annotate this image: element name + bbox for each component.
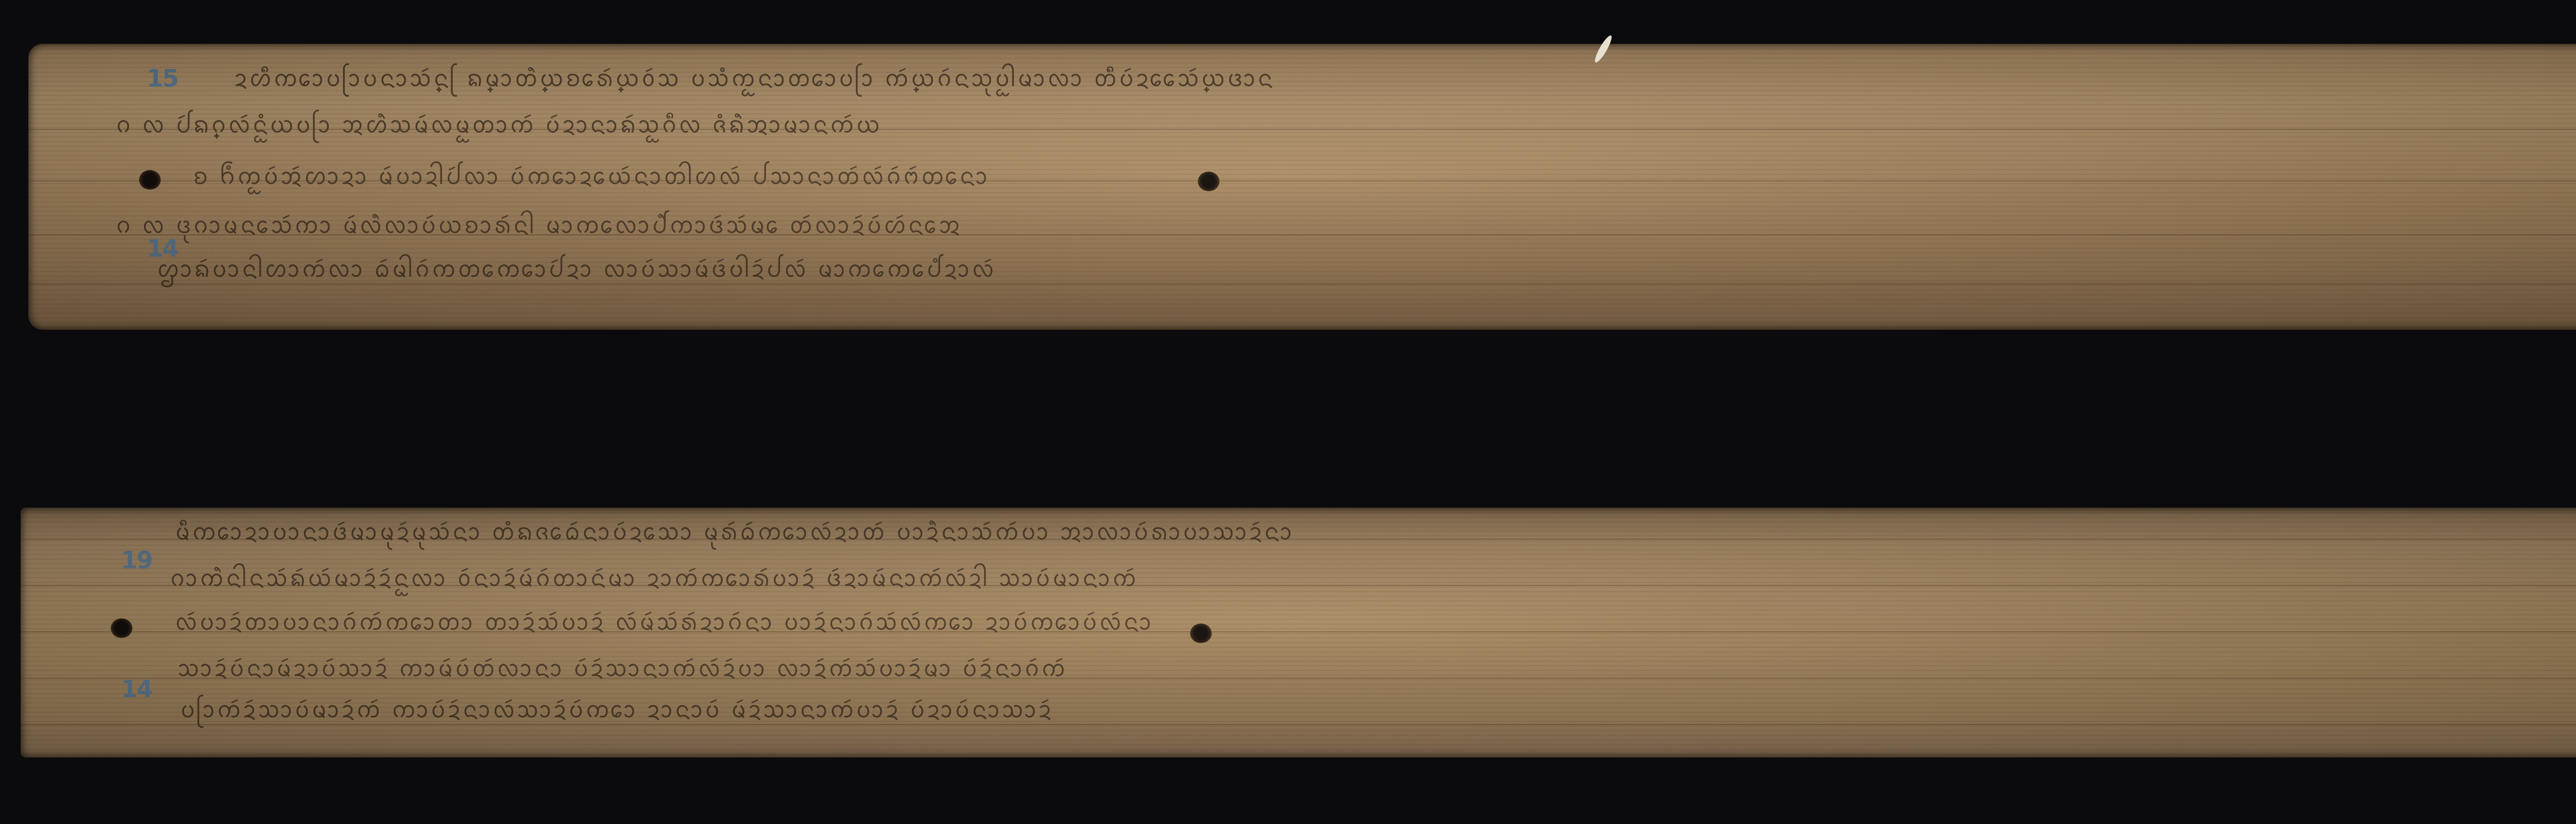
string-hole-left [139,170,161,190]
manuscript-text-line: ᨯᩉᩥᨠᩮᩣᨷᩕᩣᨷᨶᩣᩈᩢ᩠ᨶᩕ ᨦ᩠ᨾᩣᨲᩫ᩠ᨿᨧᩮᩁᩢ᩠ᨿᩅᩢᩈ ᨷᩈᩴᨠ… [234,62,2576,98]
manuscript-text-line: ᨾᩥᨠᩮᩣᨯᩣᨷᩣᨶᩣᨴᩢᨾᩣᨾᩩᨯᩢᨾᩩᩈᩢᨶᩣ ᨲᩴᨦᨩᩮᨵᩢᨶᩣᨷᩢᨯᩮᩈ… [175,515,2576,551]
string-hole-left [111,618,132,638]
manuscript-text-line: ᩈᩣᨯᩢᨷᩢᨶᩣᨾᩢᨯᩣᨷᩢᩈᩣᨯᩢ ᨠᩣᨾᩢᨷᩢᨲᩢᩃᩣᨶᩣ ᨷᩢᨯᩢᩈᩣᨶᩣ… [178,652,2576,688]
manuscript-text-line: ᨧ ᨤᩴᨠᩬᨷᩢᩋᩢᩉᩣᨯᩣ ᨾᩢᨷᩣᨯᩤᨸᩢᩃᩣ ᨷᩢᨠᩮᩣᨯᩮᨿᩢᨶᩣᨲᩤᩉ… [193,160,2576,196]
manuscript-text-line: ᩌᩣᨦᩢᨷᩣᨶᩤᩉᩣᨠᩢᩃᩣ ᨵᩢᨾᩤᨣᩢᨠᨲᩮᨠᩮᩣᨸᩢᨯᩣ ᩃᩣᨷᩢᩈᩣᨾᩢ… [157,253,2576,289]
palm-leaf-folio-bottom: 19 14 19 15 ᨾᩥᨠᩮᩣᨯᩣᨷᩣᨶᩣᨴᩢᨾᩣᨾᩩᨯᩢᨾᩩᩈᩢᨶᩣ ᨲᩴ… [21,508,2576,758]
folio-number-bottom-left: 14 [121,675,152,703]
manuscript-text-line: ᨣᩣᨠᩫᨶᩤᨶᩈᩢᨦᩢᨿᩢᨾᩣᨯᩢᨯᩢᨶᩬᩃᩣ ᩅᩢᨶᩣᨯᩢᨾᩢᨣᩢᨲᩣᨶᩢᨾᩣ… [170,562,2576,598]
manuscript-text-line: ᨣ ᩃ ᨴᩩᨣᩣᨾᨶᩮᩈᩢᨠᩣ ᨾᩢᩃᩫᩃᩣᨷᩢᨿᨧᩣᩁᩢᨶᩤ ᨾᩣᨠᩮᩃᩣᨸᩫ… [116,209,2576,245]
manuscript-text-line: ᩃᩢᨷᩣᨯᩢᨲᩣᨷᩣᨶᩣᨣᩢᨠᩢᨠᩮᩣᨲᩣ ᨲᩣᨯᩢᩈᩢᨷᩣᨯᩢ ᩃᩢᨾᩢᩈᩢᩁ… [175,606,2576,642]
folio-number-top-left: 19 [121,546,152,574]
manuscript-text-line: ᨷᩕᩣᨠᩢᨯᩢᩈᩣᨷᩢᨾᩣᨯᩢᨠᩢ ᨠᩣᨷᩢᨯᩢᨶᩣᩃᩢᩈᩣᨯᩢᨷᩢᨠᩮᩣ ᨯᩣ… [180,693,2576,729]
folio-number-top-left: 15 [147,64,178,92]
palm-leaf-folio-top: 15 14 15 14 ᨯᩉᩥᨠᩮᩣᨷᩕᩣᨷᨶᩣᩈᩢ᩠ᨶᩕ ᨦ᩠ᨾᩣᨲᩫ᩠ᨿᨧᩮ… [28,44,2576,330]
manuscript-text-line: ᨣ ᩃ ᨸᩢᨦ᩠ᨣᩃᩢᨶᩬᩴᨿᨷᩕᩣ ᩋᩉᩫᩈᨾᩢᩃᨾᩬᨲᩣᨠᩢ ᨷᩢᨯᩣᨶᩣᨦ… [116,108,2576,144]
